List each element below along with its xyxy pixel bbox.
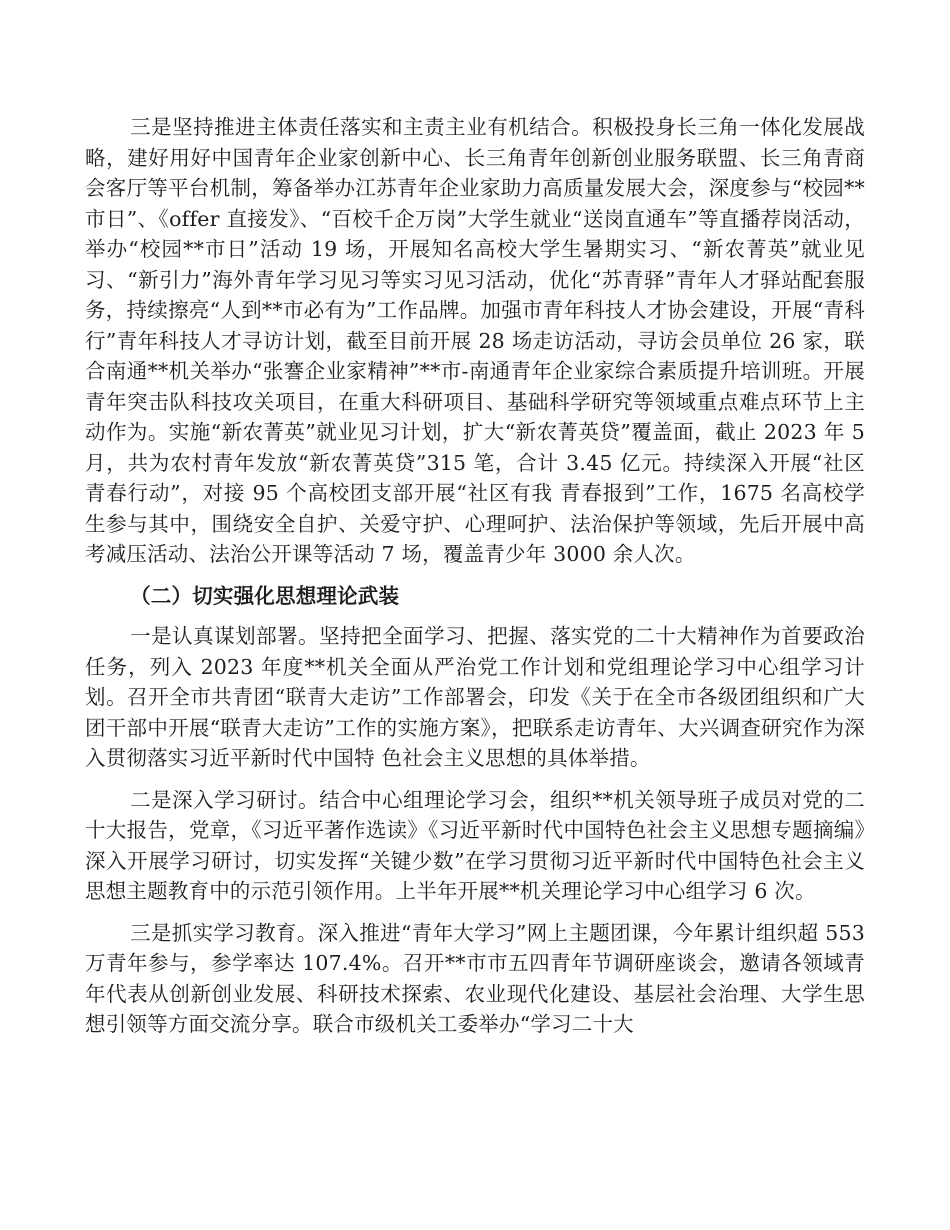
body-paragraph: 三是坚持推进主体责任落实和主责主业有机结合。积极投身长三角一体化发展战略，建好用… [85,112,865,570]
document-content: 三是坚持推进主体责任落实和主责主业有机结合。积极投身长三角一体化发展战略，建好用… [85,112,865,1051]
section-heading: （二）切实强化思想理论武装 [85,581,865,612]
body-paragraph: 一是认真谋划部署。坚持把全面学习、把握、落实党的二十大精神作为首要政治任务，列入… [85,621,865,774]
body-paragraph: 三是抓实学习教育。深入推进“青年大学习”网上主题团课，今年累计组织超 553 万… [85,918,865,1040]
body-paragraph: 二是深入学习研讨。结合中心组理论学习会，组织**机关领导班子成员对党的二十大报告… [85,785,865,907]
document-page: 三是坚持推进主体责任落实和主责主业有机结合。积极投身长三角一体化发展战略，建好用… [0,0,950,1230]
